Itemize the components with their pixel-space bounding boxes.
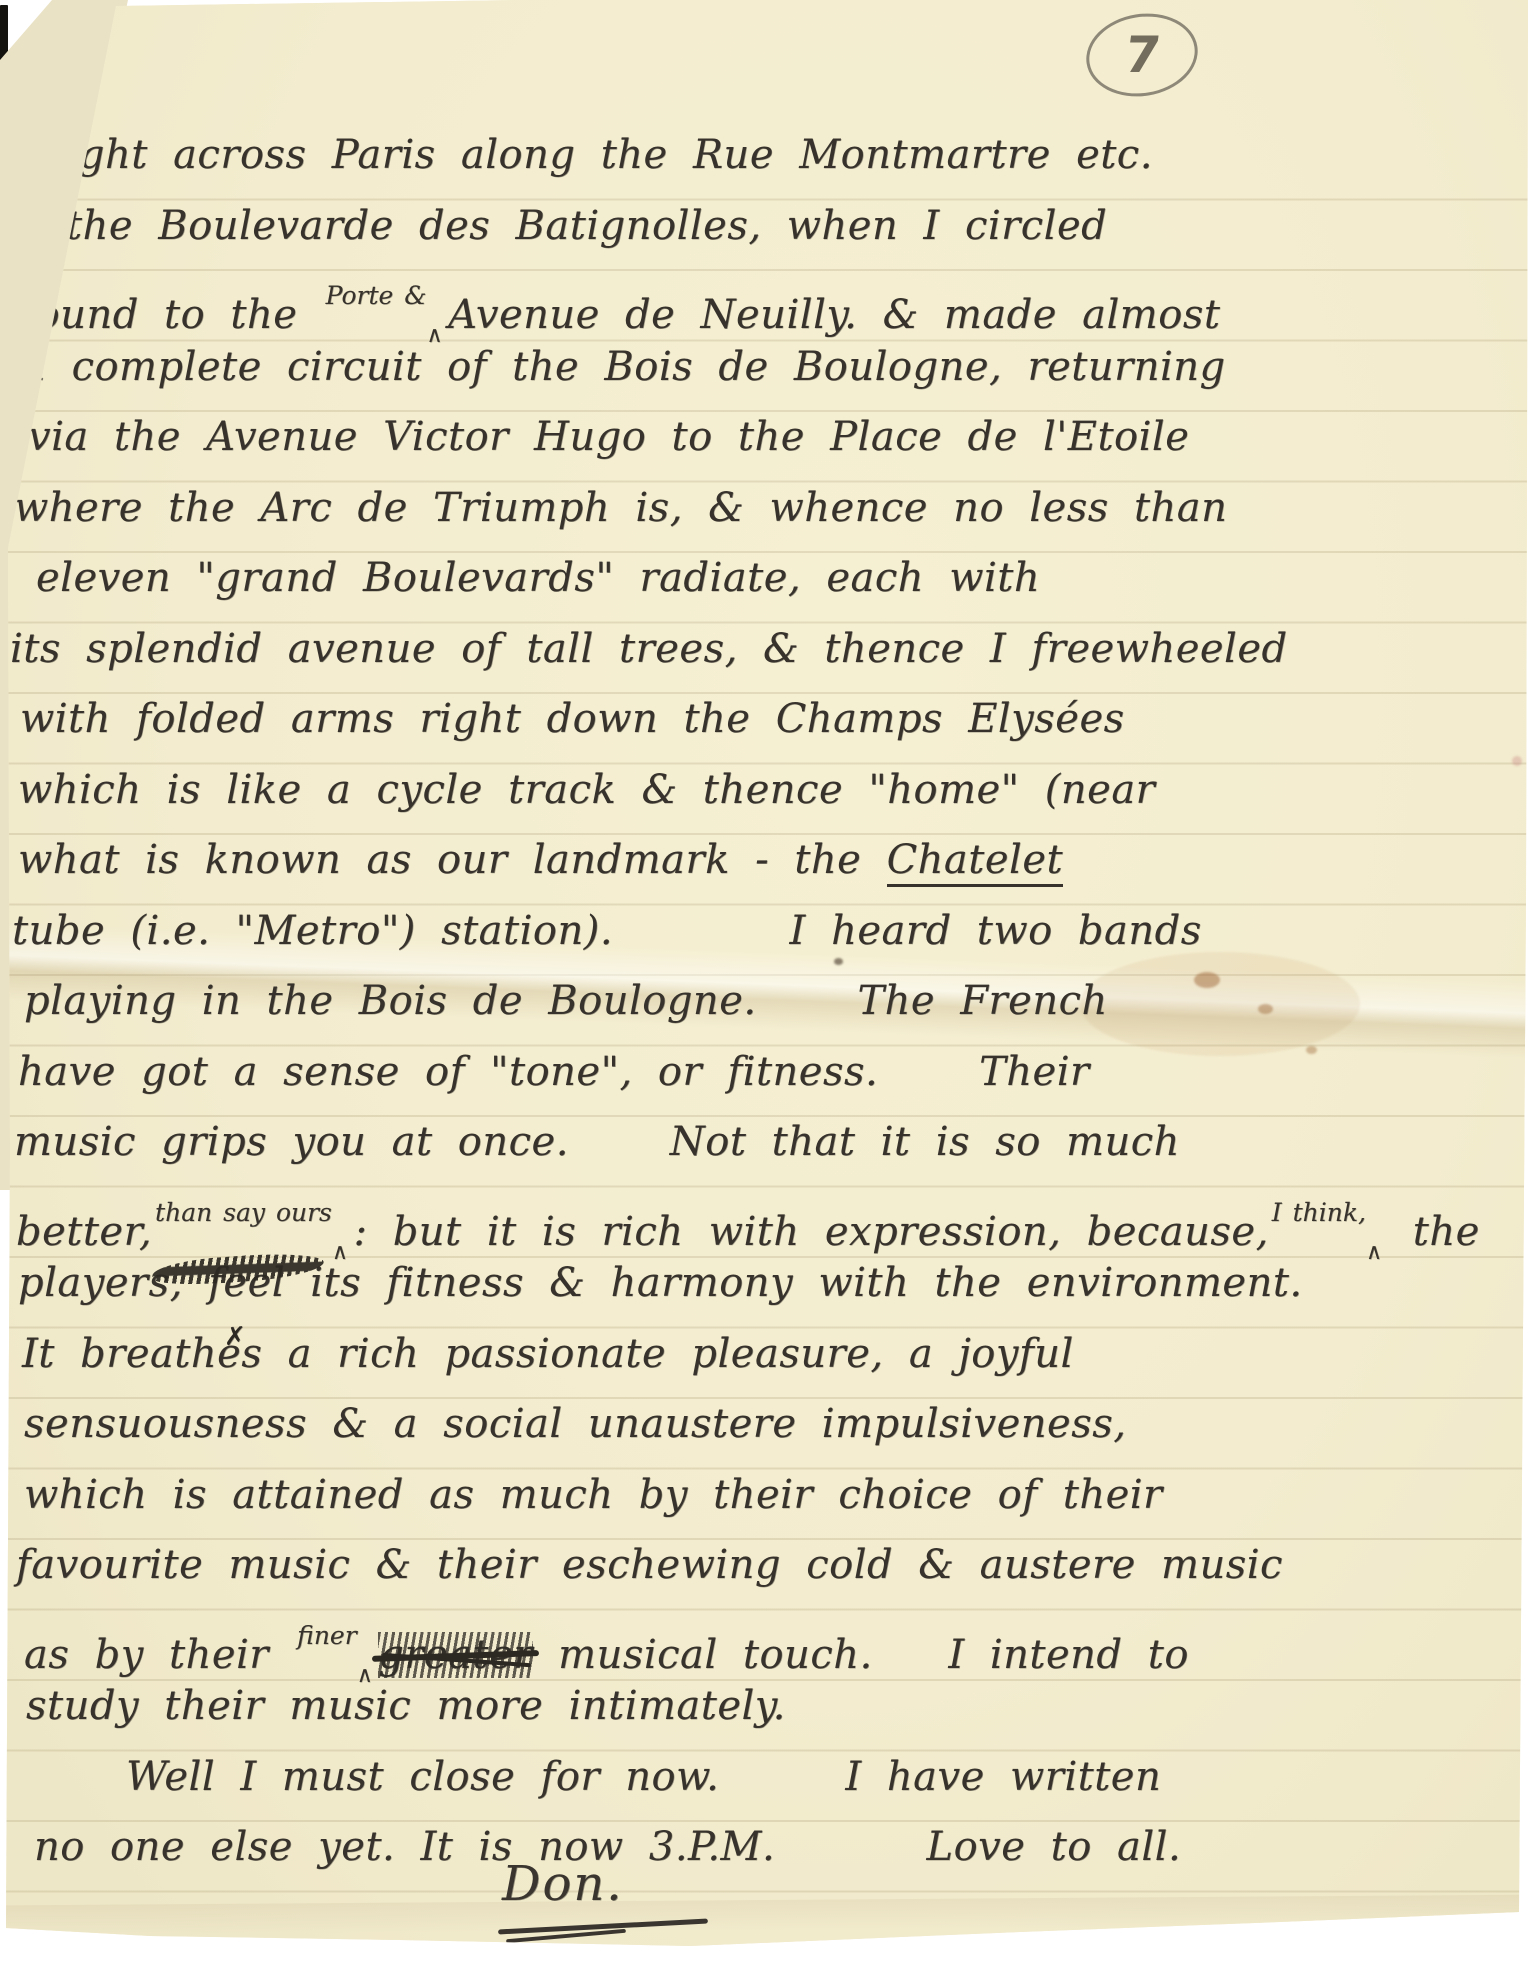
handwritten-line: favourite music & their eschewing cold &…	[0, 1530, 1535, 1601]
handwritten-line: study their music more intimately.	[0, 1671, 1535, 1742]
line-text: tube (i.e. "Metro") station). I heard tw…	[12, 908, 1202, 954]
line-text: favourite music & their eschewing cold &…	[16, 1542, 1283, 1588]
handwritten-line: playing in the Bois de Boulogne. The Fre…	[0, 966, 1535, 1037]
inserted-word: I think,	[1272, 1198, 1366, 1227]
bottom-crease	[0, 1895, 1535, 1936]
handwritten-line: sensuousness & a social unaustere impuls…	[0, 1389, 1535, 1460]
signature: Don.	[502, 1856, 624, 1912]
handwritten-line: round to the Porte &∧Avenue de Neuilly. …	[0, 261, 1535, 332]
line-text: via the Avenue Victor Hugo to the Place …	[28, 414, 1189, 460]
line-text: Well I must close for now. I have writte…	[126, 1754, 1161, 1800]
handwritten-line: which is like a cycle track & thence "ho…	[0, 755, 1535, 826]
handwritten-line: music grips you at once. Not that it is …	[0, 1107, 1535, 1178]
page-number-circle: 7	[1080, 6, 1203, 105]
inserted-word: than say ours	[155, 1198, 332, 1227]
handwritten-line: its splendid avenue of tall trees, & the…	[0, 614, 1535, 685]
line-text: feel its fitness & harmony with the envi…	[183, 1260, 1303, 1306]
line-text: playing in the Bois de Boulogne. The Fre…	[24, 978, 1108, 1024]
handwritten-line: a complete circuit of the Bois de Boulog…	[0, 332, 1535, 403]
handwritten-line: with folded arms right down the Champs E…	[0, 684, 1535, 755]
handwritten-line: right across Paris along the Rue Montmar…	[0, 120, 1535, 191]
line-text: where the Arc de Triumph is, & whence no…	[14, 485, 1227, 531]
handwritten-line: no one else yet. It is now 3.P.M. Love t…	[0, 1812, 1535, 1883]
handwritten-line: via the Avenue Victor Hugo to the Place …	[0, 402, 1535, 473]
line-text: its splendid avenue of tall trees, & the…	[10, 626, 1288, 672]
handwritten-line: what is known as our landmark - the Chat…	[0, 825, 1535, 896]
line-text: right across Paris along the Rue Montmar…	[46, 132, 1153, 178]
handwritten-line: ✗players, feel its fitness & harmony wit…	[0, 1248, 1535, 1319]
handwritten-line: Well I must close for now. I have writte…	[0, 1742, 1535, 1813]
line-text: have got a sense of "tone", or fitness. …	[18, 1049, 1090, 1095]
signature-text: Don.	[502, 1856, 624, 1912]
inserted-word: finer	[297, 1621, 357, 1650]
handwritten-line: the Boulevarde des Batignolles, when I c…	[0, 191, 1535, 262]
line-text: players,	[18, 1260, 183, 1306]
line-text: a complete circuit of the Bois de Boulog…	[22, 344, 1226, 390]
line-text: eleven "grand Boulevards" radiate, each …	[36, 555, 1040, 601]
line-text: the Boulevarde des Batignolles, when I c…	[66, 203, 1107, 249]
inserted-word: Porte &	[326, 281, 427, 310]
scanned-letter: 7 right across Paris along the Rue Montm…	[0, 0, 1535, 1961]
line-text: with folded arms right down the Champs E…	[20, 696, 1125, 742]
line-text: music grips you at once. Not that it is …	[14, 1119, 1180, 1165]
letter-page: 7 right across Paris along the Rue Montm…	[0, 0, 1535, 1961]
line-text: It breathes a rich passionate pleasure, …	[22, 1331, 1074, 1377]
page-number-text: 7	[1121, 26, 1164, 84]
line-text: which is like a cycle track & thence "ho…	[18, 767, 1155, 813]
handwritten-line: It breathes a rich passionate pleasure, …	[0, 1319, 1535, 1390]
handwritten-line: where the Arc de Triumph is, & whence no…	[0, 473, 1535, 544]
line-text: study their music more intimately.	[26, 1683, 786, 1729]
handwritten-line: which is attained as much by their choic…	[0, 1460, 1535, 1531]
line-text: which is attained as much by their choic…	[24, 1472, 1163, 1518]
handwritten-line: have got a sense of "tone", or fitness. …	[0, 1037, 1535, 1108]
handwritten-line: tube (i.e. "Metro") station). I heard tw…	[0, 896, 1535, 967]
handwritten-line: better,than say ours∧: but it is rich wi…	[0, 1178, 1535, 1249]
underlined-word: Chatelet	[887, 837, 1064, 887]
handwritten-line: eleven "grand Boulevards" radiate, each …	[0, 543, 1535, 614]
letter-body: right across Paris along the Rue Montmar…	[0, 120, 1535, 1883]
line-text: what is known as our landmark - the	[18, 837, 887, 883]
line-text: sensuousness & a social unaustere impuls…	[24, 1401, 1126, 1447]
handwritten-line: as by their finer∧greater musical touch.…	[0, 1601, 1535, 1672]
